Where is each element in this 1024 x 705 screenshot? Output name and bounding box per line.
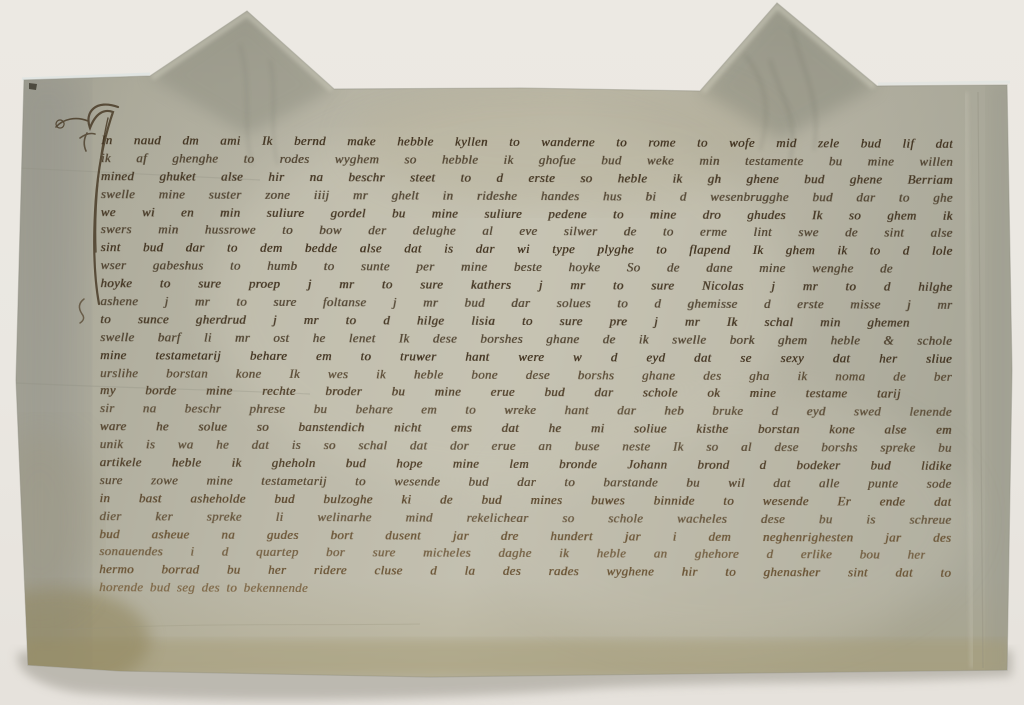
manuscript-line: urslihe borstan kone Ik wes ik heble bon…	[100, 364, 952, 386]
manuscript-line: horende bud seg des to bekennende	[99, 578, 444, 597]
manuscript-line: unik is wa he dat is so schal dat dor er…	[100, 435, 952, 457]
right-edge-shading	[988, 80, 1018, 680]
corner-mark	[29, 83, 37, 90]
manuscript-photo: In naud dm ami Ik bernd make hebble kyll…	[0, 0, 1024, 705]
backing-edge-highlight-right	[878, 82, 1010, 84]
manuscript-line: ik af ghenghe to rodes wyghem so hebble …	[101, 149, 953, 171]
manuscript-text: In naud dm ami Ik bernd make hebble kyll…	[99, 131, 953, 600]
manuscript-line: wser gabeshus to humb to sunte per mine …	[100, 256, 892, 277]
manuscript-line: dier ker spreke li welinarhe mind rekeli…	[99, 507, 951, 529]
manuscript-line: sir na beschr phrese bu behare em to wre…	[100, 400, 952, 422]
manuscript-line: sure zowe mine testametarij to wesende b…	[99, 471, 951, 493]
manuscript-line: swelle barf li mr ost he lenet Ik dese b…	[100, 328, 952, 350]
bottom-stain-band	[25, 640, 1010, 674]
manuscript-line: swers min hussrowe to bow der delughe al…	[101, 221, 953, 243]
manuscript-line: ashene j mr to sure foltanse j mr bud da…	[100, 292, 952, 314]
manuscript-line: sonauendes i d quartep bor sure micheles…	[99, 543, 926, 564]
manuscript-line: swelle mine suster zone iiij mr ghelt in…	[101, 185, 953, 207]
